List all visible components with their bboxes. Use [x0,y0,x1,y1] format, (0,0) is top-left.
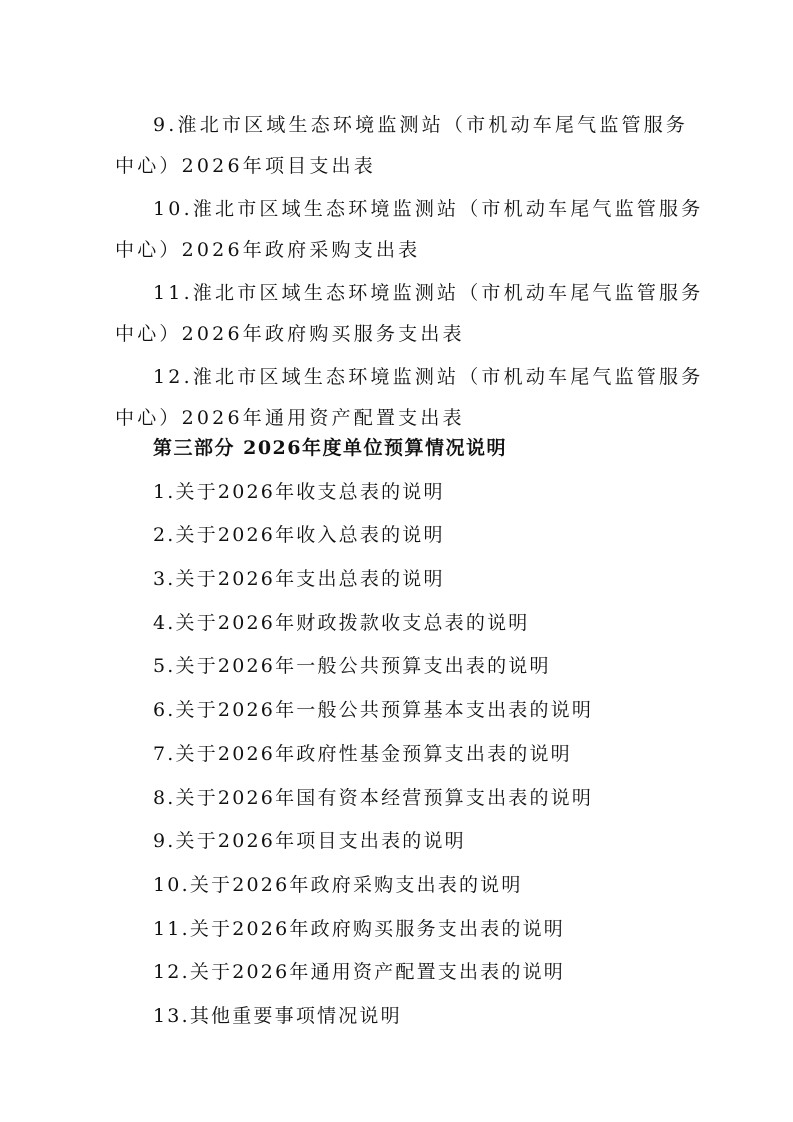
toc-entry-line: 中心）2026年政府购买服务支出表 [115,314,683,355]
toc-entry-line: 11.淮北市区域生态环境监测站（市机动车尾气监管服务 [115,273,683,314]
toc-entry-line: 9.淮北市区域生态环境监测站（市机动车尾气监管服务 [115,105,683,146]
toc-item: 2.关于2026年收入总表的说明 [153,515,445,556]
toc-entry-part2-12: 12.淮北市区域生态环境监测站（市机动车尾气监管服务 中心）2026年通用资产配… [115,357,683,439]
toc-entry-line: 中心）2026年项目支出表 [115,146,683,187]
toc-item: 5.关于2026年一般公共预算支出表的说明 [153,646,551,687]
toc-item: 11.关于2026年政府购买服务支出表的说明 [153,909,565,950]
document-page: 9.淮北市区域生态环境监测站（市机动车尾气监管服务 中心）2026年项目支出表 … [0,0,793,1122]
toc-item: 7.关于2026年政府性基金预算支出表的说明 [153,734,572,775]
toc-item: 3.关于2026年支出总表的说明 [153,559,445,600]
toc-entry-line: 12.淮北市区域生态环境监测站（市机动车尾气监管服务 [115,357,683,398]
toc-entry-line: 10.淮北市区域生态环境监测站（市机动车尾气监管服务 [115,189,683,230]
toc-entry-part2-10: 10.淮北市区域生态环境监测站（市机动车尾气监管服务 中心）2026年政府采购支… [115,189,683,271]
toc-item: 6.关于2026年一般公共预算基本支出表的说明 [153,690,593,731]
toc-item: 12.关于2026年通用资产配置支出表的说明 [153,952,565,993]
toc-entry-part2-9: 9.淮北市区域生态环境监测站（市机动车尾气监管服务 中心）2026年项目支出表 [115,105,683,187]
toc-item: 1.关于2026年收支总表的说明 [153,472,445,513]
toc-entry-part2-11: 11.淮北市区域生态环境监测站（市机动车尾气监管服务 中心）2026年政府购买服… [115,273,683,355]
part3-heading: 第三部分 2026年度单位预算情况说明 [153,428,507,469]
toc-item: 13.其他重要事项情况说明 [153,996,402,1037]
toc-item: 4.关于2026年财政拨款收支总表的说明 [153,603,529,644]
toc-item: 10.关于2026年政府采购支出表的说明 [153,865,523,906]
toc-item: 8.关于2026年国有资本经营预算支出表的说明 [153,778,593,819]
toc-item: 9.关于2026年项目支出表的说明 [153,821,466,862]
toc-entry-line: 中心）2026年政府采购支出表 [115,230,683,271]
